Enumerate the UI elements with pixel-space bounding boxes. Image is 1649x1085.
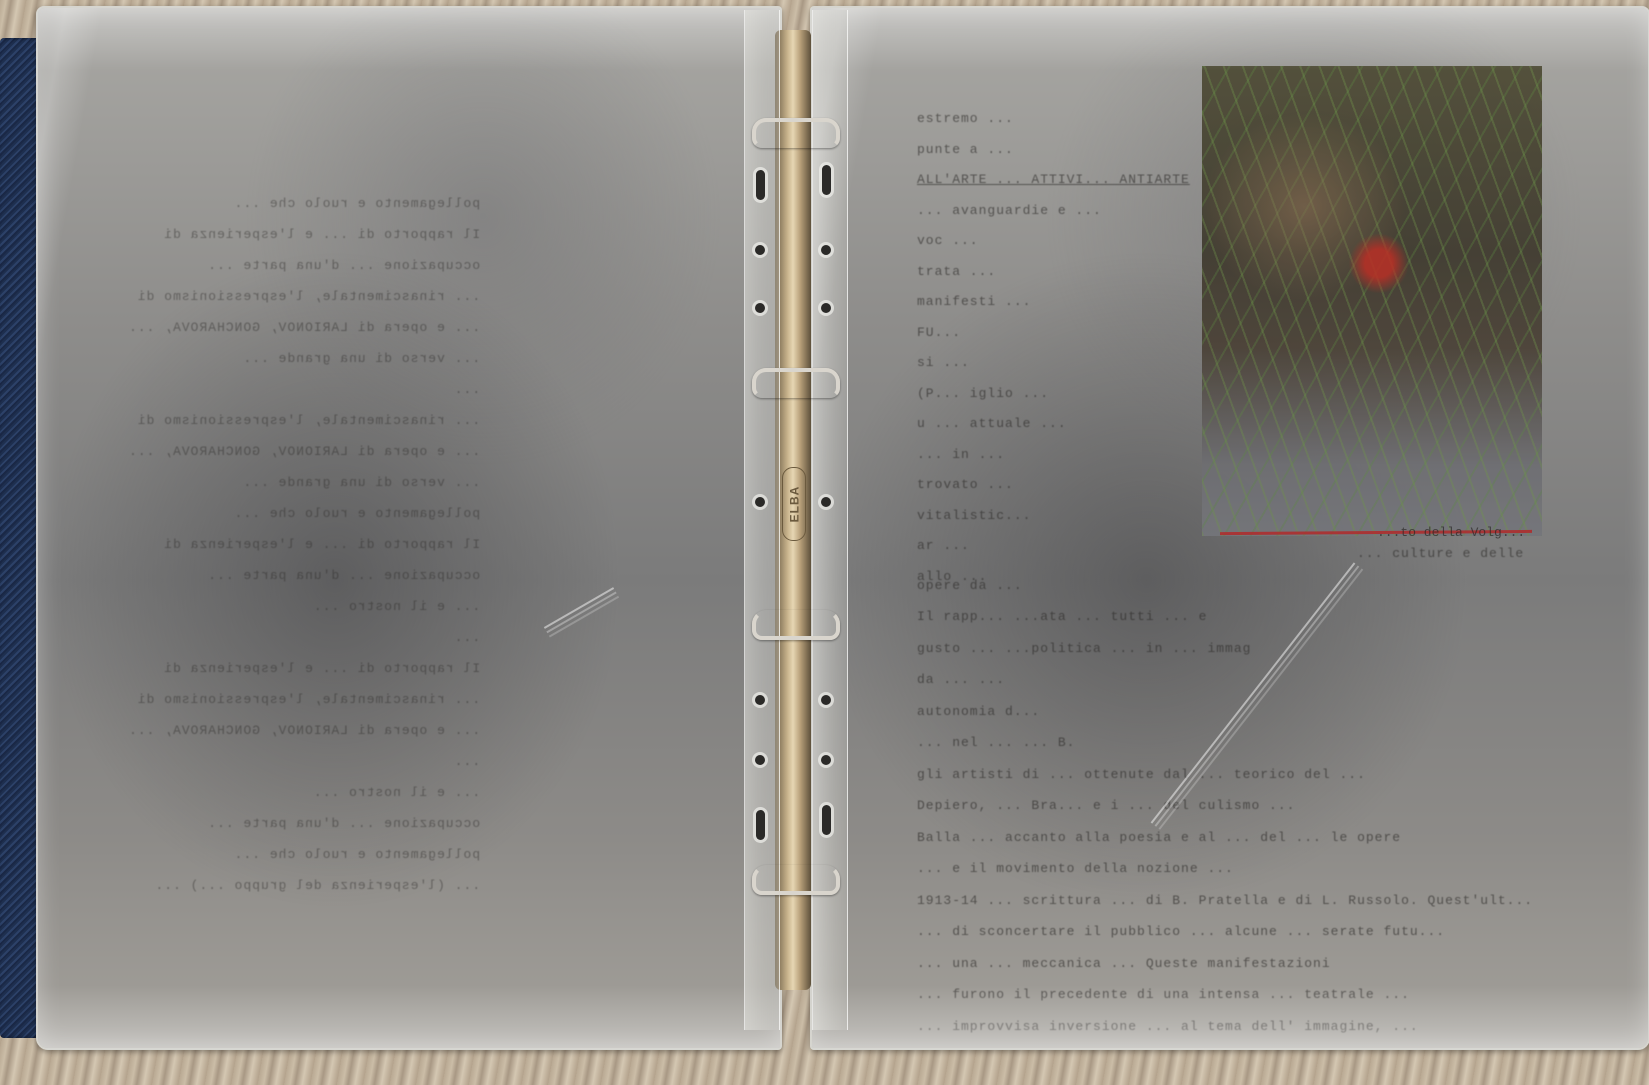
text-line: ... e il movimento della nozione ... bbox=[917, 853, 1533, 885]
text-line: (P... iglio ... bbox=[917, 379, 1190, 410]
section-heading: ALL'ARTE ... ATTIVI... ANTIARTE bbox=[917, 165, 1190, 196]
text-line: Il rapp... ...ata ... tutti ... e bbox=[917, 601, 1533, 633]
text-line: ... culture e delle bbox=[917, 538, 1533, 570]
punch-slot bbox=[756, 810, 765, 840]
text-line: Il rapporto di ... e l'esperienza di bbox=[128, 219, 480, 250]
text-line: manifesti ... bbox=[917, 287, 1190, 318]
text-line: Depiero, ... Bra... e i ... del culismo … bbox=[917, 790, 1533, 822]
text-line: u ... attuale ... bbox=[917, 409, 1190, 440]
grass-photo bbox=[1202, 66, 1542, 536]
text-line: punte a ... bbox=[917, 135, 1190, 166]
text-line: occupazione ... d'una parte ... bbox=[128, 808, 480, 839]
text-line: ... verso di una grande ... bbox=[128, 343, 480, 374]
binder-ring bbox=[752, 610, 840, 640]
text-line: gusto ... ...politica ... in ... immag bbox=[917, 633, 1533, 665]
punch-hole bbox=[821, 245, 831, 255]
text-line: ... nel ... ... B. bbox=[917, 727, 1533, 759]
text-line: ... rinascimentale, l'espressionismo di bbox=[128, 405, 480, 436]
text-line: Il rapporto di ... e l'esperienza di bbox=[128, 653, 480, 684]
sleeve-scratch bbox=[544, 587, 614, 629]
punch-hole bbox=[755, 497, 765, 507]
text-line: opere da ... bbox=[917, 570, 1533, 602]
text-line: voc ... bbox=[917, 226, 1190, 257]
text-line: ... bbox=[128, 746, 480, 777]
text-line: trata ... bbox=[917, 257, 1190, 288]
text-line: ... e il nostro ... bbox=[128, 591, 480, 622]
left-page-text: pollegamento e ruolo che ... Il rapporto… bbox=[128, 188, 480, 901]
text-line: ... bbox=[128, 374, 480, 405]
punch-slot bbox=[822, 805, 831, 835]
text-line: ... e il nostro ... bbox=[128, 777, 480, 808]
text-line: ... in ... bbox=[917, 440, 1190, 471]
punch-hole bbox=[821, 755, 831, 765]
text-line: ... rinascimentale, l'espressionismo di bbox=[128, 684, 480, 715]
punch-hole bbox=[755, 303, 765, 313]
text-line: pollegamento e ruolo che ... bbox=[128, 839, 480, 870]
text-line: Il rapporto di ... e l'esperienza di bbox=[128, 529, 480, 560]
text-line: ... di sconcertare il pubblico ... alcun… bbox=[917, 916, 1533, 948]
text-line: occupazione ... d'una parte ... bbox=[128, 560, 480, 591]
text-line: vitalistic... bbox=[917, 501, 1190, 532]
punch-slot bbox=[756, 170, 765, 200]
text-line: autonomia d... bbox=[917, 696, 1533, 728]
punch-hole bbox=[755, 245, 765, 255]
text-line: ... furono il precedente di una intensa … bbox=[917, 979, 1533, 1011]
text-line: ... una ... meccanica ... Queste manifes… bbox=[917, 948, 1533, 980]
text-line: ... bbox=[128, 622, 480, 653]
left-page-sleeve: pollegamento e ruolo che ... Il rapporto… bbox=[36, 6, 782, 1050]
text-line: ... e opera di LARIONOV, GONCHAROVA, ... bbox=[128, 312, 480, 343]
binder-ring bbox=[752, 865, 840, 895]
text-line: trovato ... bbox=[917, 470, 1190, 501]
text-line: 1913-14 ... scrittura ... di B. Pratella… bbox=[917, 885, 1533, 917]
punch-hole bbox=[821, 497, 831, 507]
punch-hole bbox=[755, 695, 765, 705]
text-line: ... e opera di LARIONOV, GONCHAROVA, ... bbox=[128, 715, 480, 746]
text-line: FU... bbox=[917, 318, 1190, 349]
text-line: Balla ... accanto alla poesia e al ... d… bbox=[917, 822, 1533, 854]
binder-ring bbox=[752, 368, 840, 398]
text-line: ... verso di una grande ... bbox=[128, 467, 480, 498]
text-line: pollegamento e ruolo che ... bbox=[128, 498, 480, 529]
punch-slot bbox=[822, 165, 831, 195]
text-line: ... e opera di LARIONOV, GONCHAROVA, ... bbox=[128, 436, 480, 467]
text-line: gli artisti di ... ottenute dal ... teor… bbox=[917, 759, 1533, 791]
text-line: occupazione ... d'una parte ... bbox=[128, 250, 480, 281]
brand-label: ELBA bbox=[782, 467, 806, 541]
text-line: da ... ... bbox=[917, 664, 1533, 696]
punch-hole bbox=[821, 695, 831, 705]
text-line: si ... bbox=[917, 348, 1190, 379]
text-line: ... improvvisa inversione ... al tema de… bbox=[917, 1011, 1533, 1043]
punch-hole bbox=[755, 755, 765, 765]
right-page-body: ... culture e delle opere da ... Il rapp… bbox=[917, 538, 1533, 1042]
binder-ring bbox=[752, 118, 840, 148]
text-line: estremo ... bbox=[917, 104, 1190, 135]
punch-hole bbox=[821, 303, 831, 313]
binder-photo: pollegamento e ruolo che ... Il rapporto… bbox=[0, 0, 1649, 1085]
text-line: ... avanguardie e ... bbox=[917, 196, 1190, 227]
text-line: ... (l'esperienza del gruppo ...) ... bbox=[128, 870, 480, 901]
brand-label-text: ELBA bbox=[787, 486, 801, 523]
right-page-sleeve: estremo ... punte a ... ALL'ARTE ... ATT… bbox=[810, 6, 1649, 1050]
text-line: pollegamento e ruolo che ... bbox=[128, 188, 480, 219]
text-line: ... rinascimentale, l'espressionismo di bbox=[128, 281, 480, 312]
right-page-left-column: estremo ... punte a ... ALL'ARTE ... ATT… bbox=[917, 104, 1190, 592]
